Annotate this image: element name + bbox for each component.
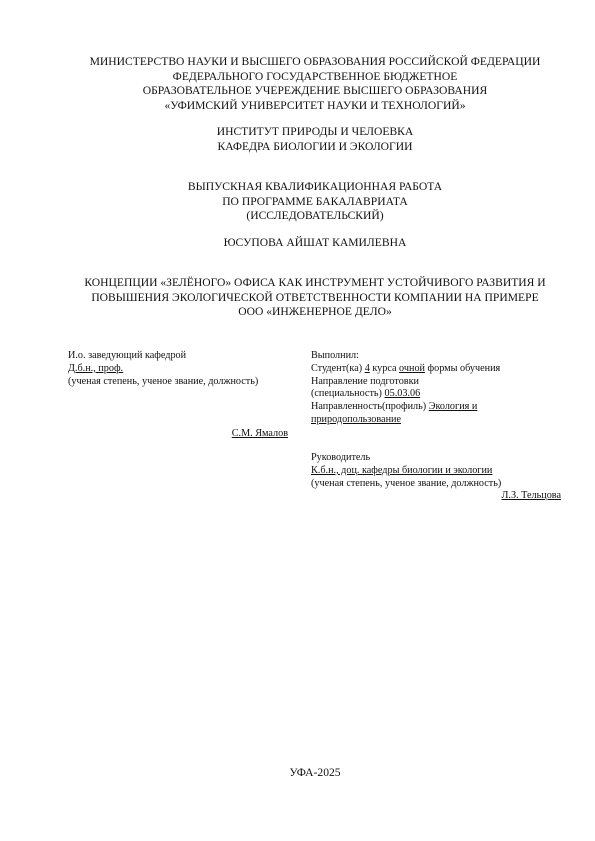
institute-name: ИНСТИТУТ ПРИРОДЫ И ЧЕЛОЕВКА: [60, 125, 570, 140]
supervisor-name: Л.З. Тельцова: [502, 490, 561, 501]
specialty-code: 05.03.06: [385, 388, 421, 399]
header-line: ФЕДЕРАЛЬНОГО ГОСУДАРСТВЕННОЕ БЮДЖЕТНОЕ: [60, 70, 570, 85]
department-name: КАФЕДРА БИОЛОГИИ И ЭКОЛОГИИ: [60, 140, 570, 155]
direction-label: Направление подготовки: [311, 376, 561, 389]
supervisor-role: Руководитель: [311, 452, 561, 465]
work-type-block: ВЫПУСКНАЯ КВАЛИФИКАЦИОННАЯ РАБОТА ПО ПРО…: [60, 180, 570, 224]
student-block: Выполнил: Студент(ка) 4 курса очной форм…: [311, 350, 561, 427]
hod-name: С.М. Ямалов: [232, 428, 288, 439]
profile-value-2: природопользование: [311, 414, 401, 425]
work-type-line: (ИССЛЕДОВАТЕЛЬСКИЙ): [60, 209, 570, 224]
ministry-header: МИНИСТЕРСТВО НАУКИ И ВЫСШЕГО ОБРАЗОВАНИЯ…: [60, 55, 570, 113]
hod-degree: Д.б.н., проф.: [68, 363, 123, 374]
student-course-line: Студент(ка) 4 курса очной формы обучения: [311, 363, 561, 376]
hod-role: И.о. заведующий кафедрой: [68, 350, 288, 363]
city-year-text: УФА-2025: [60, 766, 570, 781]
student-prefix: Студент(ка): [311, 363, 365, 374]
author-name: ЮСУПОВА АЙШАТ КАМИЛЕВНА: [60, 236, 570, 251]
city-year: УФА-2025: [60, 766, 570, 781]
specialty-prefix: (специальность): [311, 388, 385, 399]
header-line: «УФИМСКИЙ УНИВЕРСИТЕТ НАУКИ И ТЕХНОЛОГИЙ…: [60, 99, 570, 114]
profile-prefix: Направленность(профиль): [311, 401, 429, 412]
title-line: КОНЦЕПЦИИ «ЗЕЛЁНОГО» ОФИСА КАК ИНСТРУМЕН…: [60, 276, 570, 291]
header-line: МИНИСТЕРСТВО НАУКИ И ВЫСШЕГО ОБРАЗОВАНИЯ…: [60, 55, 570, 70]
title-line: ПОВЫШЕНИЯ ЭКОЛОГИЧЕСКОЙ ОТВЕТСТВЕННОСТИ …: [60, 291, 570, 306]
header-line: ОБРАЗОВАТЕЛЬНОЕ УЧЕРЕЖДЕНИЕ ВЫСШЕГО ОБРА…: [60, 84, 570, 99]
supervisor-hint: (ученая степень, ученое звание, должност…: [311, 478, 561, 491]
form-suffix: формы обучения: [425, 363, 500, 374]
title-line: ООО «ИНЖЕНЕРНОЕ ДЕЛО»: [60, 305, 570, 320]
institute-block: ИНСТИТУТ ПРИРОДЫ И ЧЕЛОЕВКА КАФЕДРА БИОЛ…: [60, 125, 570, 154]
work-type-line: ВЫПУСКНАЯ КВАЛИФИКАЦИОННАЯ РАБОТА: [60, 180, 570, 195]
course-mid: курса: [370, 363, 399, 374]
hod-hint: (ученая степень, ученое звание, должност…: [68, 376, 288, 389]
profile-line: Направленность(профиль) Экология и: [311, 401, 561, 414]
specialty-line: (специальность) 05.03.06: [311, 388, 561, 401]
study-form: очной: [399, 363, 425, 374]
supervisor-block: Руководитель К.б.н., доц. кафедры биолог…: [311, 452, 561, 503]
work-type-line: ПО ПРОГРАММЕ БАКАЛАВРИАТА: [60, 195, 570, 210]
head-of-department-block: И.о. заведующий кафедрой Д.б.н., проф. (…: [68, 350, 288, 388]
done-label: Выполнил:: [311, 350, 561, 363]
author-name-text: ЮСУПОВА АЙШАТ КАМИЛЕВНА: [60, 236, 570, 251]
hod-signature: С.М. Ямалов: [68, 428, 288, 441]
thesis-title: КОНЦЕПЦИИ «ЗЕЛЁНОГО» ОФИСА КАК ИНСТРУМЕН…: [60, 276, 570, 320]
title-page: МИНИСТЕРСТВО НАУКИ И ВЫСШЕГО ОБРАЗОВАНИЯ…: [0, 0, 595, 841]
profile-value-1: Экология и: [429, 401, 478, 412]
supervisor-degree: К.б.н., доц. кафедры биологии и экологии: [311, 465, 492, 476]
